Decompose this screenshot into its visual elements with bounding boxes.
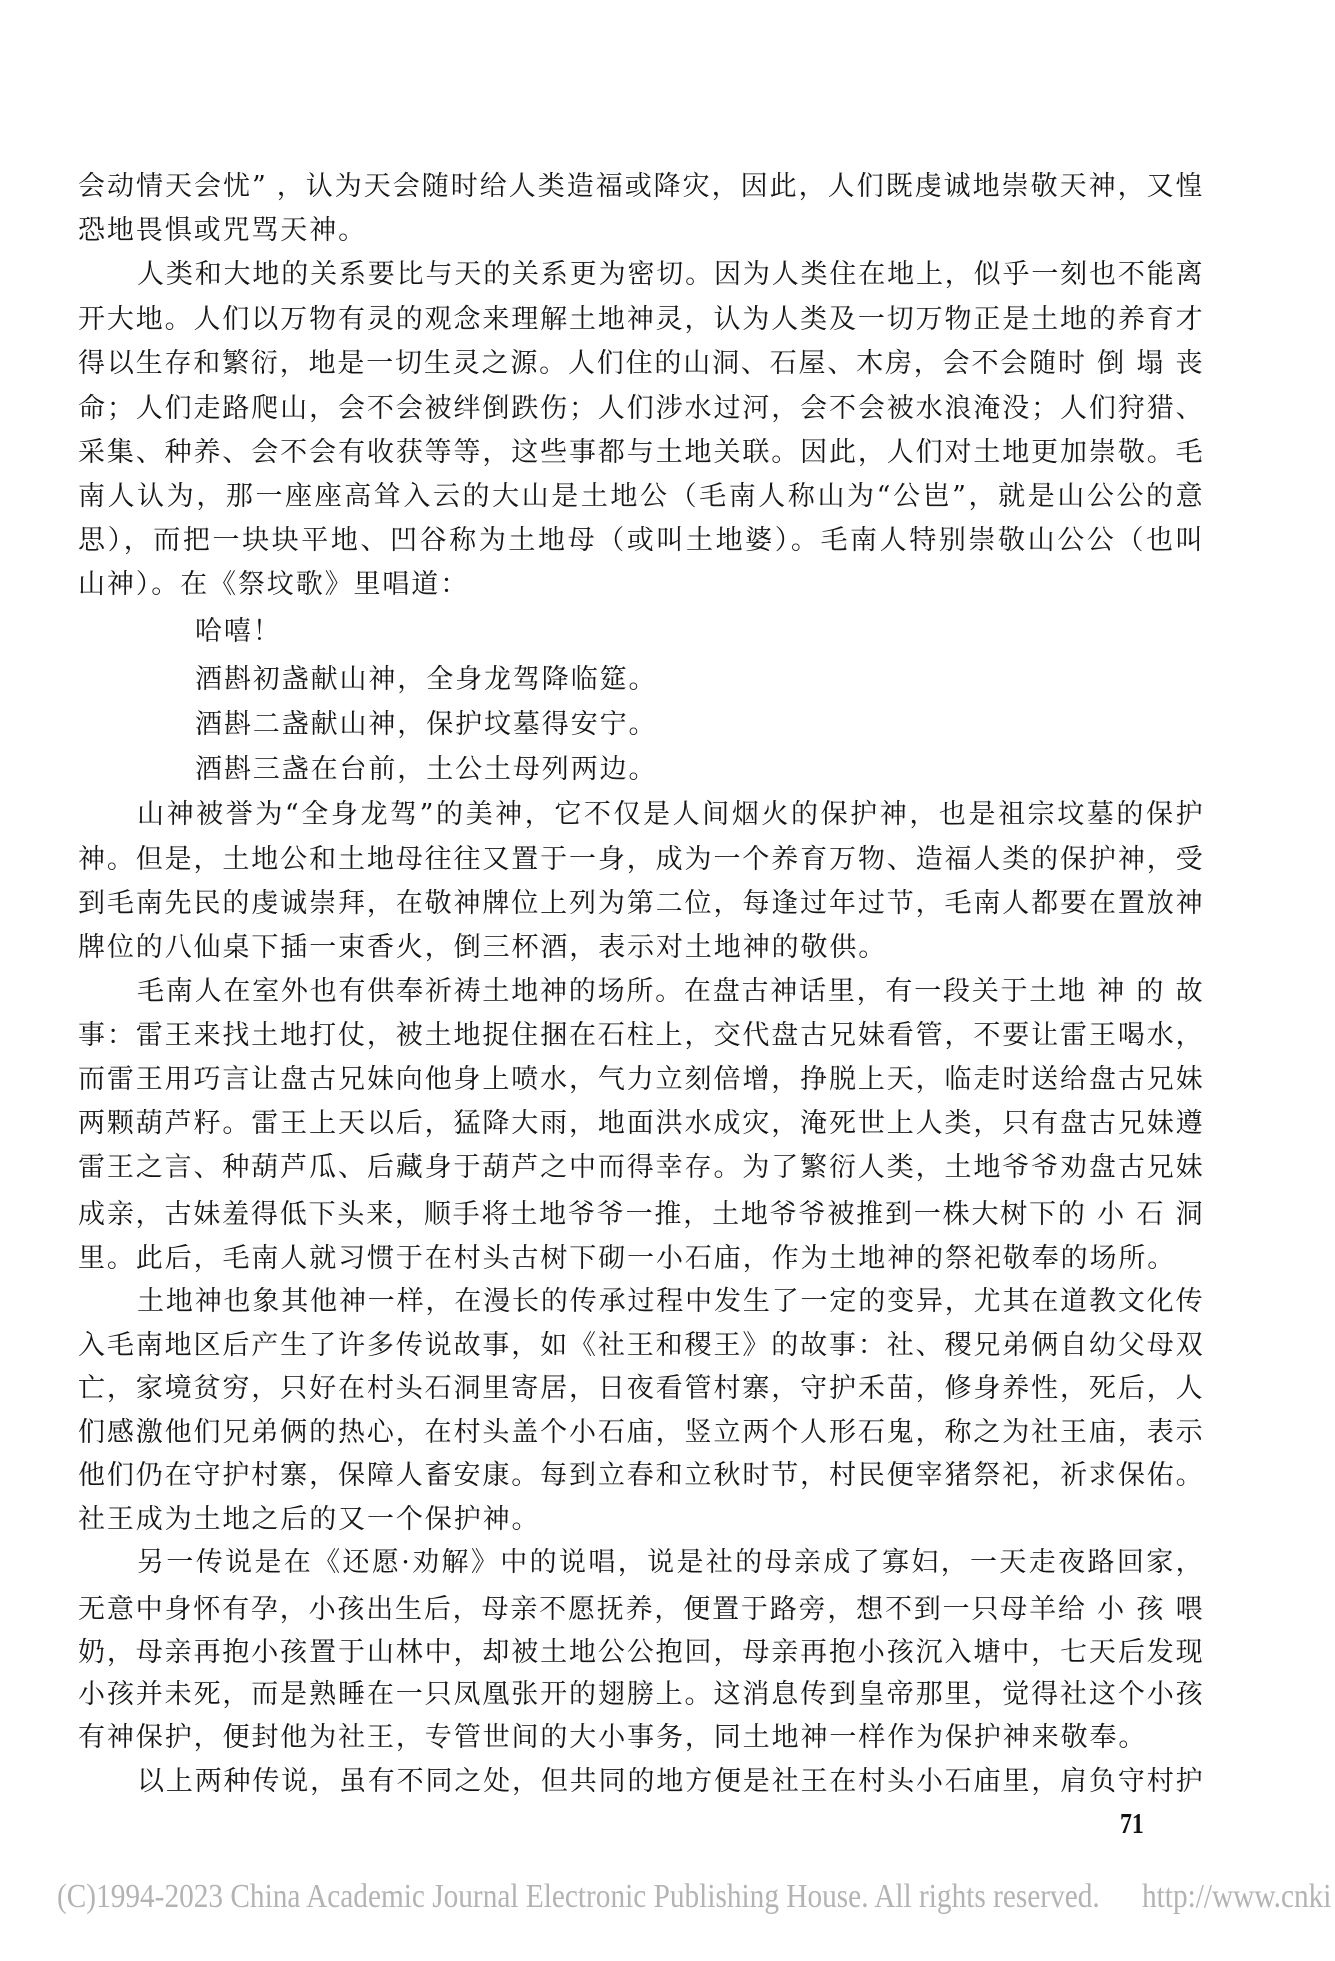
text-line: 另一传说是在《还愿·劝解》中的说唱，说是社的母亲成了寡妇，一天走夜路回家， bbox=[137, 1543, 1203, 1583]
text-line: 土地神也象其他神一样，在漫长的传承过程中发生了一定的变异，尤其在道教文化传 bbox=[137, 1282, 1203, 1322]
poem-verse: 酒斟二盏献山神，保护坟墓得安宁。 bbox=[195, 705, 1203, 745]
document-page: 会动情天会忧” ，认为天会随时给人类造福或降灾，因此，人们既虔诚地崇敬天神，又惶… bbox=[0, 0, 1335, 1961]
text-line: 思），而把一块块平地、凹谷称为土地母（或叫土地婆）。毛南人特别崇敬山公公（也叫 bbox=[78, 521, 1203, 561]
text-line: 事：雷王来找土地打仗，被土地捉住捆在石柱上，交代盘古兄妹看管，不要让雷王喝水， bbox=[78, 1016, 1203, 1056]
text-line: 山神）。在《祭坟歌》里唱道： bbox=[78, 565, 1203, 605]
text-line: 而雷王用巧言让盘古兄妹向他身上喷水，气力立刻倍增，挣脱上天，临走时送给盘古兄妹 bbox=[78, 1060, 1203, 1100]
text-line: 入毛南地区后产生了许多传说故事，如《社王和稷王》的故事：社、稷兄弟俩自幼父母双 bbox=[78, 1326, 1203, 1366]
text-line: 南人认为，那一座座高耸入云的大山是土地公（毛南人称山为“公岜”，就是山公公的意 bbox=[78, 477, 1203, 517]
text-line: 人类和大地的关系要比与天的关系更为密切。因为人类住在地上，似乎一刻也不能离 bbox=[137, 255, 1203, 295]
text-line: 开大地。人们以万物有灵的观念来理解土地神灵，认为人类及一切万物正是土地的养育才 bbox=[78, 300, 1203, 340]
text-line: 小孩并未死，而是熟睡在一只凤凰张开的翅膀上。这消息传到皇帝那里，觉得社这个小孩 bbox=[78, 1675, 1203, 1715]
text-line: 牌位的八仙桌下插一束香火，倒三杯酒，表示对土地神的敬供。 bbox=[78, 928, 1203, 968]
text-line: 里。此后，毛南人就习惯于在村头古树下砌一小石庙，作为土地神的祭祀敬奉的场所。 bbox=[78, 1239, 1203, 1279]
text-line: 两颗葫芦籽。雷王上天以后，猛降大雨，地面洪水成灾，淹死世上人类，只有盘古兄妹遵 bbox=[78, 1104, 1203, 1144]
text-line: 成亲，古妹羞得低下头来，顺手将土地爷爷一推，土地爷爷被推到一株大树下的 小 石 … bbox=[78, 1195, 1203, 1235]
text-line: 奶，母亲再抱小孩置于山林中，却被土地公公抱回，母亲再抱小孩沉入塘中，七天后发现 bbox=[78, 1633, 1203, 1673]
text-line: 雷王之言、种葫芦瓜、后藏身于葫芦之中而得幸存。为了繁衍人类，土地爷爷劝盘古兄妹 bbox=[78, 1148, 1203, 1188]
footer-url: http://www.cnki bbox=[1142, 1877, 1331, 1917]
text-line: 得以生存和繁衍，地是一切生灵之源。人们住的山洞、石屋、木房，会不会随时 倒 塌 … bbox=[78, 344, 1203, 384]
poem-exclamation: 哈嘻！ bbox=[195, 612, 1203, 652]
poem-verse: 酒斟三盏在台前，土公土母列两边。 bbox=[195, 750, 1203, 790]
poem-verse: 酒斟初盏献山神，全身龙驾降临筵。 bbox=[195, 660, 1203, 700]
page-number: 71 bbox=[1120, 1806, 1144, 1844]
text-line: 命；人们走路爬山，会不会被绊倒跌伤；人们涉水过河，会不会被水浪淹没；人们狩猎、 bbox=[78, 389, 1203, 429]
text-line: 到毛南先民的虔诚崇拜，在敬神牌位上列为第二位，每逢过年过节，毛南人都要在置放神 bbox=[78, 884, 1203, 924]
text-line: 神。但是，土地公和土地母往往又置于一身，成为一个养育万物、造福人类的保护神，受 bbox=[78, 840, 1203, 880]
text-line: 毛南人在室外也有供奉祈祷土地神的场所。在盘古神话里，有一段关于土地 神 的 故 bbox=[137, 972, 1203, 1012]
text-line: 们感激他们兄弟俩的热心，在村头盖个小石庙，竖立两个人形石鬼，称之为社王庙，表示 bbox=[78, 1413, 1203, 1453]
copyright-notice: (C)1994-2023 China Academic Journal Elec… bbox=[57, 1877, 1100, 1917]
text-line: 恐地畏惧或咒骂天神。 bbox=[78, 211, 1203, 251]
text-line: 以上两种传说，虽有不同之处，但共同的地方便是社王在村头小石庙里，肩负守村护 bbox=[137, 1762, 1203, 1802]
text-line: 社王成为土地之后的又一个保护神。 bbox=[78, 1500, 1203, 1540]
text-line: 采集、种养、会不会有收获等等，这些事都与土地关联。因此，人们对土地更加崇敬。毛 bbox=[78, 433, 1203, 473]
text-line: 会动情天会忧” ，认为天会随时给人类造福或降灾，因此，人们既虔诚地崇敬天神，又惶 bbox=[78, 167, 1203, 207]
text-line: 有神保护，便封他为社王，专管世间的大小事务，同土地神一样作为保护神来敬奉。 bbox=[78, 1718, 1203, 1758]
text-line: 亡，家境贫穷，只好在村头石洞里寄居，日夜看管村寨，守护禾苗，修身养性，死后，人 bbox=[78, 1369, 1203, 1409]
text-line: 无意中身怀有孕，小孩出生后，母亲不愿抚养，便置于路旁，想不到一只母羊给 小 孩 … bbox=[78, 1590, 1203, 1630]
text-line: 他们仍在守护村寨，保障人畜安康。每到立春和立秋时节，村民便宰猪祭祀，祈求保佑。 bbox=[78, 1456, 1203, 1496]
text-line: 山神被誉为“全身龙驾”的美神，它不仅是人间烟火的保护神，也是祖宗坟墓的保护 bbox=[137, 795, 1203, 835]
